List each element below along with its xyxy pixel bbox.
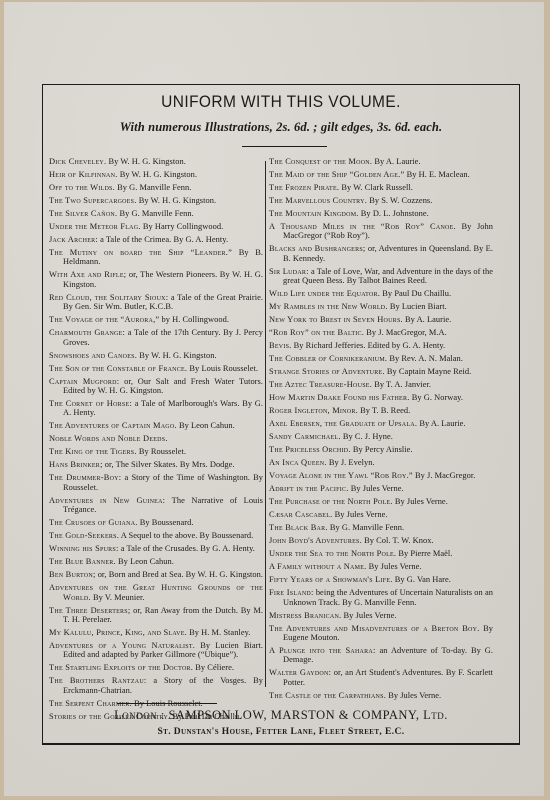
book-title: Dick Cheveley. [49, 157, 106, 166]
book-author: By S. W. Cozzens. [367, 196, 432, 205]
book-entry: The Cobbler of Cornikeranium. By Rev. A.… [269, 354, 493, 363]
book-author: By A. Laurie. [417, 419, 465, 428]
book-author: By Rev. A. N. Malan. [387, 354, 463, 363]
book-author: By Lucien Biart. [388, 302, 447, 311]
book-author: a Tale of the Crimea. By G. A. Henty. [98, 235, 228, 244]
book-entry: My Kalulu, Prince, King, and Slave. By H… [49, 628, 263, 637]
book-entry: Mistress Branican. By Jules Verne. [269, 611, 493, 620]
book-entry: The Mountain Kingdom. By D. L. Johnstone… [269, 209, 493, 218]
book-author: By T. B. Reed. [358, 406, 410, 415]
book-entry: Off to the Wilds. By G. Manville Fenn. [49, 183, 263, 192]
book-author: By Col. T. W. Knox. [362, 536, 434, 545]
book-author: By W. H. G. Kingston. [118, 170, 198, 179]
book-title: Blacks and Bushrangers; [269, 244, 366, 253]
book-author: By Rousselet. [137, 447, 186, 456]
book-entry: Heir of Kilfinnan. By W. H. G. Kingston. [49, 170, 263, 179]
book-entry: The Adventures of Captain Mago. By Leon … [49, 421, 263, 430]
right-column: The Conquest of the Moon. By A. Laurie.T… [269, 157, 493, 704]
book-title: An Inca Queen. [269, 458, 327, 467]
book-author: a Tale of Love, War, and Adventure in th… [283, 267, 493, 285]
book-title: Walter Gaydon: [269, 668, 331, 677]
book-entry: The Adventures and Misadventures of a Br… [269, 624, 493, 643]
book-title: Charmouth Grange: [49, 328, 125, 337]
book-entry: The Cornet of Horse: a Tale of Marlborou… [49, 399, 263, 418]
book-author: By W. H. G. Kingston. [137, 351, 217, 360]
book-entry: Roger Ingleton, Minor. By T. B. Reed. [269, 406, 493, 415]
book-entry: The Startling Exploits of the Doctor. By… [49, 663, 263, 672]
book-author: By A. Laurie. [372, 157, 420, 166]
book-author: By Boussenard. [138, 518, 194, 527]
book-entry: Snowshoes and Canoes. By W. H. G. Kingst… [49, 351, 263, 360]
book-title: The Drummer-Boy: [49, 473, 121, 482]
book-title: The Startling Exploits of the Doctor. [49, 663, 193, 672]
publisher-line: London : SAMPSON LOW, MARSTON & COMPANY,… [43, 708, 519, 723]
book-author: By Leon Cahun. [116, 557, 174, 566]
book-entry: A Thousand Miles in the “Rob Roy” Canoe.… [269, 222, 493, 241]
book-entry: Charmouth Grange: a Tale of the 17th Cen… [49, 328, 263, 347]
book-author: or, The Silver Skates. By Mrs. Dodge. [103, 460, 235, 469]
book-title: Adventures of a Young Naturalist. [49, 641, 195, 650]
book-author: By Richard Jefferies. Edited by G. A. He… [292, 341, 446, 350]
book-entry: Noble Words and Noble Deeds. [49, 434, 263, 443]
book-title: Mistress Branican. [269, 611, 341, 620]
book-entry: The Son of the Constable of France. By L… [49, 364, 263, 373]
book-entry: Wild Life under the Equator. By Paul Du … [269, 289, 493, 298]
book-entry: A Family without a Name. By Jules Verne. [269, 562, 493, 571]
book-author: by H. Collingwood. [159, 315, 229, 324]
book-author: By J. Evelyn. [327, 458, 375, 467]
book-entry: Adventures on the Great Hunting Grounds … [49, 583, 263, 602]
book-author: By W. H. G. Kingston. [106, 157, 186, 166]
book-entry: The Marvellous Country. By S. W. Cozzens… [269, 196, 493, 205]
book-title: Bevis. [269, 341, 292, 350]
book-entry: The Three Deserters; or, Ran Away from t… [49, 606, 263, 625]
book-title: My Rambles in the New World. [269, 302, 388, 311]
book-entry: The Priceless Orchid. By Percy Ainslie. [269, 445, 493, 454]
book-entry: The Silver Cañon. By G. Manville Fenn. [49, 209, 263, 218]
book-entry: The Conquest of the Moon. By A. Laurie. [269, 157, 493, 166]
book-author: By Percy Ainslie. [351, 445, 413, 454]
header-rule [242, 146, 327, 147]
book-entry: “Rob Roy” on the Baltic. By J. MacGregor… [269, 328, 493, 337]
book-title: The Three Deserters; [49, 606, 130, 615]
book-entry: Sandy Carmichael. By C. J. Hyne. [269, 432, 493, 441]
book-author: By G. Norway. [410, 393, 463, 402]
book-entry: Winning his Spurs: a Tale of the Crusade… [49, 544, 263, 553]
book-entry: John Boyd's Adventures. By Col. T. W. Kn… [269, 536, 493, 545]
advertisement-frame: UNIFORM WITH THIS VOLUME. With numerous … [42, 84, 520, 745]
page-title: UNIFORM WITH THIS VOLUME. [43, 94, 519, 113]
book-entry: The Blue Banner. By Leon Cahun. [49, 557, 263, 566]
book-title: The Brothers Rantzau: [49, 676, 146, 685]
book-entry: Fifty Years of a Showman's Life. By G. V… [269, 575, 493, 584]
book-author: By C. J. Hyne. [341, 432, 393, 441]
book-author: By G. Manville Fenn. [115, 183, 191, 192]
book-title: Snowshoes and Canoes. [49, 351, 137, 360]
book-entry: The Drummer-Boy: a Story of the Time of … [49, 473, 263, 492]
footer-rule [117, 703, 217, 704]
book-author: By Céliere. [193, 663, 234, 672]
left-column: Dick Cheveley. By W. H. G. Kingston.Heir… [49, 157, 263, 725]
book-entry: The Two Supercargoes. By W. H. G. Kingst… [49, 196, 263, 205]
book-title: The Voyage of the “Aurora,” [49, 315, 159, 324]
book-title: The Conquest of the Moon. [269, 157, 372, 166]
book-author: By G. Van Hare. [393, 575, 451, 584]
book-title: Axel Ebersen, the Graduate of Upsala. [269, 419, 417, 428]
book-entry: Walter Gaydon: or, an Art Student's Adve… [269, 668, 493, 687]
book-entry: Voyage Alone in the Yawl “Rob Roy.” By J… [269, 471, 493, 480]
book-title: The Castle of the Carpathians. [269, 691, 386, 700]
book-title: Fire Island: [269, 588, 314, 597]
book-author: By Pierre Maël. [396, 549, 452, 558]
book-title: How Martin Drake Found his Father. [269, 393, 410, 402]
book-author: or, Born and Bred at Sea. By W. H. G. Ki… [96, 570, 263, 579]
book-title: The Priceless Orchid. [269, 445, 351, 454]
publisher-suffix: Ltd. [423, 708, 448, 722]
book-author: By Jules Verne. [366, 562, 421, 571]
book-title: With Axe and Rifle; [49, 270, 126, 279]
book-entry: The Voyage of the “Aurora,” by H. Collin… [49, 315, 263, 324]
book-author: being the Adventures of Uncertain Natura… [283, 588, 493, 606]
book-entry: Under the Meteor Flag. By Harry Collingw… [49, 222, 263, 231]
book-title: A Family without a Name. [269, 562, 366, 571]
book-entry: Hans Brinker; or, The Silver Skates. By … [49, 460, 263, 469]
book-title: Roger Ingleton, Minor. [269, 406, 358, 415]
book-author: By H. M. Stanley. [187, 628, 250, 637]
book-title: Red Cloud, the Solitary Sioux: [49, 293, 168, 302]
book-author: By Louis Rousselet. [187, 364, 258, 373]
book-author: By V. Meunier. [91, 593, 145, 602]
book-author: By Leon Cahun. [177, 421, 235, 430]
book-entry: Fire Island: being the Adventures of Unc… [269, 588, 493, 607]
book-title: The Cornet of Horse: [49, 399, 132, 408]
book-entry: An Inca Queen. By J. Evelyn. [269, 458, 493, 467]
publisher-address: St. Dunstan's House, Fetter Lane, Fleet … [43, 727, 519, 737]
publisher-city: London : [114, 708, 165, 722]
book-title: The Two Supercargoes. [49, 196, 137, 205]
book-entry: The Purchase of the North Pole. By Jules… [269, 497, 493, 506]
book-entry: Adrift in the Pacific. By Jules Verne. [269, 484, 493, 493]
book-title: Wild Life under the Equator. [269, 289, 380, 298]
book-entry: With Axe and Rifle; or, The Western Pion… [49, 270, 263, 289]
book-author: By G. Manville Fenn. [328, 523, 404, 532]
book-title: Strange Stories of Adventure. [269, 367, 385, 376]
book-title: Under the Meteor Flag. [49, 222, 141, 231]
book-entry: The Aztec Treasure-House. By T. A. Janvi… [269, 380, 493, 389]
book-title: Hans Brinker; [49, 460, 103, 469]
book-title: Off to the Wilds. [49, 183, 115, 192]
book-entry: A Plunge into the Sahara: an Adventure o… [269, 646, 493, 665]
book-title: Noble Words and Noble Deeds. [49, 434, 168, 443]
book-title: The Purchase of the North Pole. [269, 497, 393, 506]
book-title: The Blue Banner. [49, 557, 116, 566]
book-title: The Silver Cañon. [49, 209, 117, 218]
book-title: The Son of the Constable of France. [49, 364, 187, 373]
book-title: The Cobbler of Cornikeranium. [269, 354, 387, 363]
column-divider [265, 161, 266, 687]
book-page: UNIFORM WITH THIS VOLUME. With numerous … [4, 2, 544, 796]
book-author: By T. A. Janvier. [372, 380, 431, 389]
price-subtitle: With numerous Illustrations, 2s. 6d. ; g… [43, 120, 519, 135]
book-entry: Captain Mugford: or, Our Salt and Fresh … [49, 377, 263, 396]
book-title: The Marvellous Country. [269, 196, 367, 205]
book-entry: My Rambles in the New World. By Lucien B… [269, 302, 493, 311]
book-list: Dick Cheveley. By W. H. G. Kingston.Heir… [49, 157, 513, 702]
book-entry: Red Cloud, the Solitary Sioux: a Tale of… [49, 293, 263, 312]
book-title: Jack Archer: [49, 235, 98, 244]
book-title: The Gold-Seekers. [49, 531, 119, 540]
book-entry: The Mutiny on board the Ship “Leander.” … [49, 248, 263, 267]
book-author: By D. L. Johnstone. [359, 209, 429, 218]
book-author: By Jules Verne. [332, 510, 387, 519]
book-title: My Kalulu, Prince, King, and Slave. [49, 628, 187, 637]
book-title: Winning his Spurs: [49, 544, 119, 553]
book-title: Adrift in the Pacific. [269, 484, 349, 493]
book-author: By Jules Verne. [386, 691, 441, 700]
book-title: A Plunge into the Sahara: [269, 646, 376, 655]
book-author: By Paul Du Chaillu. [380, 289, 451, 298]
book-title: The Mutiny on board the Ship “Leander.” [49, 248, 232, 257]
book-author: By W. H. G. Kingston. [137, 196, 217, 205]
book-entry: The Gold-Seekers. A Sequel to the above.… [49, 531, 263, 540]
book-title: Ben Burton; [49, 570, 96, 579]
book-entry: Adventures in New Guinea: The Narrative … [49, 496, 263, 515]
book-entry: The Black Bar. By G. Manville Fenn. [269, 523, 493, 532]
book-entry: Axel Ebersen, the Graduate of Upsala. By… [269, 419, 493, 428]
book-entry: Blacks and Bushrangers; or, Adventures i… [269, 244, 493, 263]
book-title: Adventures on the Great Hunting Grounds … [49, 583, 263, 601]
book-entry: Dick Cheveley. By W. H. G. Kingston. [49, 157, 263, 166]
book-title: The Adventures of Captain Mago. [49, 421, 177, 430]
book-title: The Aztec Treasure-House. [269, 380, 372, 389]
book-title: “Rob Roy” on the Baltic. [269, 328, 364, 337]
book-author: A Sequel to the above. By Boussenard. [119, 531, 253, 540]
book-author: By Harry Collingwood. [141, 222, 224, 231]
book-author: By G. Manville Fenn. [117, 209, 193, 218]
book-entry: The King of the Tigers. By Rousselet. [49, 447, 263, 456]
book-author: a Tale of the Crusades. By G. A. Henty. [119, 544, 255, 553]
book-author: By W. Clark Russell. [339, 183, 413, 192]
book-title: New York to Brest in Seven Hours. [269, 315, 403, 324]
book-author: By Captain Mayne Reid. [385, 367, 472, 376]
book-title: The Frozen Pirate. [269, 183, 339, 192]
book-entry: The Brothers Rantzau: a Story of the Vos… [49, 676, 263, 695]
book-entry: Strange Stories of Adventure. By Captain… [269, 367, 493, 376]
book-entry: Sir Ludar: a Tale of Love, War, and Adve… [269, 267, 493, 286]
book-title: The Maid of the Ship “Golden Age.” [269, 170, 404, 179]
book-title: The King of the Tigers. [49, 447, 137, 456]
book-title: The Mountain Kingdom. [269, 209, 359, 218]
book-entry: The Frozen Pirate. By W. Clark Russell. [269, 183, 493, 192]
book-author: By Jules Verne. [393, 497, 448, 506]
publisher-name: SAMPSON LOW, MARSTON & COMPANY, [165, 708, 423, 722]
book-title: Cæsar Cascabel. [269, 510, 332, 519]
book-author: By J. MacGregor, M.A. [364, 328, 447, 337]
book-entry: Jack Archer: a Tale of the Crimea. By G.… [49, 235, 263, 244]
book-entry: The Castle of the Carpathians. By Jules … [269, 691, 493, 700]
book-entry: Bevis. By Richard Jefferies. Edited by G… [269, 341, 493, 350]
book-author: By H. E. Maclean. [404, 170, 469, 179]
book-entry: Ben Burton; or, Born and Bred at Sea. By… [49, 570, 263, 579]
book-author: By Jules Verne. [349, 484, 404, 493]
book-title: Under the Sea to the North Pole. [269, 549, 396, 558]
book-title: Sir Ludar: [269, 267, 309, 276]
book-entry: How Martin Drake Found his Father. By G.… [269, 393, 493, 402]
book-title: The Crusoes of Guiana. [49, 518, 138, 527]
book-title: Heir of Kilfinnan. [49, 170, 118, 179]
book-title: Fifty Years of a Showman's Life. [269, 575, 393, 584]
book-title: Sandy Carmichael. [269, 432, 341, 441]
book-entry: New York to Brest in Seven Hours. By A. … [269, 315, 493, 324]
book-title: Adventures in New Guinea: [49, 496, 165, 505]
book-entry: Under the Sea to the North Pole. By Pier… [269, 549, 493, 558]
book-title: A Thousand Miles in the “Rob Roy” Canoe. [269, 222, 456, 231]
book-title: Voyage Alone in the Yawl “Rob Roy.” [269, 471, 413, 480]
book-title: The Adventures and Misadventures of a Br… [269, 624, 480, 633]
book-title: John Boyd's Adventures. [269, 536, 362, 545]
book-entry: The Crusoes of Guiana. By Boussenard. [49, 518, 263, 527]
book-author: By Jules Verne. [341, 611, 396, 620]
book-author: By A. Laurie. [403, 315, 451, 324]
book-entry: Adventures of a Young Naturalist. By Luc… [49, 641, 263, 660]
book-title: The Black Bar. [269, 523, 328, 532]
book-title: Captain Mugford: [49, 377, 119, 386]
book-entry: Cæsar Cascabel. By Jules Verne. [269, 510, 493, 519]
book-entry: The Maid of the Ship “Golden Age.” By H.… [269, 170, 493, 179]
book-author: By J. MacGregor. [413, 471, 476, 480]
